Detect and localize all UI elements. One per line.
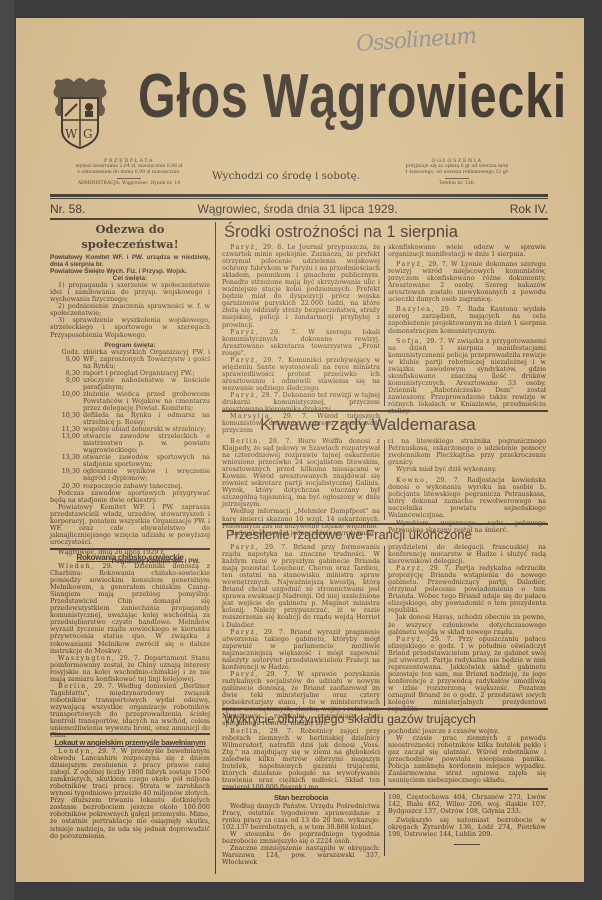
divider <box>222 523 548 525</box>
article-lead: Powiatowe Święto Wych. Fiz. i Przysp. Wo… <box>50 268 210 275</box>
article-lead: Powiatowy Komitet WF. i PW. urządza w ni… <box>50 254 210 268</box>
svg-text:W: W <box>65 127 78 141</box>
divider <box>222 708 548 710</box>
article-paragraph: Paryż, 29. 7. Briand wyraził pragnienie … <box>222 629 380 671</box>
divider <box>50 548 210 550</box>
article-paragraph: Znaczne zmniejszenie nastąpiło w okręgac… <box>222 845 380 866</box>
article-paragraph: Paryż, 29. 7. Komuniści przebywający w w… <box>222 357 380 392</box>
article-paragraph: Paryż, 29. 7. Partja radykalna odrzuciła… <box>388 565 546 614</box>
article-headline: Krwawe rządy Waldemarasa <box>260 414 476 435</box>
administration-address: ADMINISTRACJA: Wągrowiec, Rynek nr. 14 <box>58 181 200 187</box>
article-headline: Odezwa do społeczeństwa! <box>50 222 210 252</box>
article-krwawe-right: ci na litewskiego strażnika pograniczneg… <box>388 438 546 534</box>
handwritten-note: Ossolineum <box>355 24 477 57</box>
phone-number: Telefon nr. 126. <box>388 181 526 187</box>
article-wykrycie-right: pochodzić jeszcze z czasów wojny. W czas… <box>388 728 546 784</box>
goal-item: 2) podniesienie znaczenia sprawności w. … <box>50 303 210 317</box>
article-paragraph: Powiatowy Komitet WF. i PW. zaprasza prz… <box>50 504 210 546</box>
article-krwawe-left: Berlin, 29. 7. Biuro Wolffa donosi z Kla… <box>222 438 380 537</box>
article-paragraph: Paryż, 29. 7. W szeregu lokali komunisty… <box>222 329 380 357</box>
column-divider <box>384 792 385 856</box>
article-paragraph: Jak donosi Havas, uchodzi obecnie za pew… <box>388 614 546 635</box>
column-divider <box>215 222 216 874</box>
article-paragraph: ci na litewskiego strażnika pograniczneg… <box>388 438 546 466</box>
article-paragraph: Berlin, 29. 7. Według doniesień „Berline… <box>50 683 210 739</box>
article-paragraph: Wiedeń, 29. 7. Dzienniki donoszą z Charb… <box>50 563 210 655</box>
article-paragraph: Waszyngton, 29. 7. Departament Stanu poi… <box>50 655 210 683</box>
article-paragraph: Sofja, 29. 7. W związku z przygotowanemi… <box>388 338 546 416</box>
goal-item: 1) propaganda i szerzenie w społeczeństw… <box>50 282 210 303</box>
publication-schedule: Wychodzi co środę i sobotę. <box>212 170 360 182</box>
article-paragraph: W czasie prac ziemnych z powodu nieostro… <box>388 735 546 784</box>
article-bezrobocie-right: 108, Częstochowa 404, Chrzanów 273, Lwów… <box>388 794 546 845</box>
article-przesilenie-right: przydzieleni do delegacji francuskiej na… <box>388 544 546 713</box>
end-mark <box>454 844 480 845</box>
column-divider <box>384 246 385 406</box>
article-paragraph: skonfiskowano wiele odezw w sprawie orga… <box>388 244 546 258</box>
article-paragraph: Bazylea, 29. 7. Rada Kantonu wydała szer… <box>388 306 546 334</box>
program-item: 10,00złożenie wieńca przed grobowcem Pow… <box>50 391 210 412</box>
program-item: Godz. 8,00zbiórka wszystkich Organizacyj… <box>50 349 210 370</box>
newspaper-title: Głos Wągrowiecki <box>138 66 567 128</box>
subscription-line: z odnoszeniem do domu 0,99 zł miesięczni… <box>58 170 200 176</box>
svg-text:G: G <box>83 127 93 141</box>
issue-year: Rok IV. <box>510 202 548 216</box>
advertising-info: OGŁOSZENIA przyjmuje się za opłatą 6 gr … <box>388 158 526 187</box>
article-paragraph: Paryż, 29. 8. Le Journal przypuszcza, że… <box>222 244 380 329</box>
subscription-info: PRZEDPŁATA wynosi kwartalnie 2,64 zł, mi… <box>58 158 200 187</box>
article-odezwa: Odezwa do społeczeństwa! Powiatowy Komit… <box>50 222 210 565</box>
column-divider <box>384 730 385 786</box>
article-srodki-left: Paryż, 29. 8. Le Journal przypuszcza, że… <box>222 244 380 434</box>
article-paragraph: Według danych Państw. Urzędu Pośrednictw… <box>222 803 380 831</box>
divider <box>50 198 548 199</box>
article-paragraph: Berlin, 29. 7. Robotnicy zajęci przy rob… <box>222 728 380 791</box>
article-headline: Wykrycie olbrzymiego składu gazów trując… <box>224 711 476 727</box>
article-paragraph: Paryż, 29. 7. Przy opuszczaniu pałacu el… <box>388 636 546 714</box>
article-paragraph: Paryż, 29. 7. W Lyonie dokonano szeregu … <box>388 261 546 303</box>
article-paragraph: Londyn, 29. 7. W przemyśle bawełnianym o… <box>50 748 210 840</box>
advertising-line: 1-łamowego, od wiersza reklamowego 12 gr… <box>388 170 526 176</box>
article-headline: Przesilenie rządowe we Francji ukończone <box>226 526 472 543</box>
article-paragraph: Berlin, 29. 7. Biuro Wolffa donosi z Kla… <box>222 438 380 508</box>
divider <box>50 194 548 197</box>
article-paragraph: Wyrok miał być dziś wykonany. <box>388 466 546 473</box>
program-item: 9,00uroczyste nabożeństwo w kościele par… <box>50 377 210 391</box>
article-paragraph: Podczas zawodów sportowych przygrywać bę… <box>50 490 210 504</box>
article-paragraph: Kowno, 29. 7. Radjostacja kowieńska dono… <box>388 477 546 519</box>
column-divider <box>384 546 385 706</box>
article-rokowania: Rokowania chińsko-sowieckie Wiedeń, 29. … <box>50 552 210 739</box>
article-paragraph: Zwiększyło się natomiast bezrobocie w ok… <box>388 817 546 838</box>
article-paragraph: 108, Częstochowa 404, Chrzanów 273, Lwów… <box>388 794 546 815</box>
newspaper-page: Ossolineum W G Głos Wągrowiecki PRZEDPŁA… <box>16 18 584 882</box>
scanner-edge <box>0 0 14 900</box>
program-item: 10,30defilada na Rynku i odmarsz na strz… <box>50 412 210 426</box>
issue-number: Nr. 58. <box>50 202 85 216</box>
divider <box>222 788 548 790</box>
program-item: 13,30otwarcie zawodów sportowych na stad… <box>50 454 210 468</box>
article-paragraph: W stosunku do poprzedniego tygodnia bezr… <box>222 831 380 845</box>
dateline: Nr. 58. Wągrowiec, środa dnia 31 lipca 1… <box>50 202 548 216</box>
program-item: 19,30ogłoszenie wyników i wręczenie nagr… <box>50 468 210 482</box>
divider <box>222 410 548 412</box>
article-wykrycie-left: Berlin, 29. 7. Robotnicy zajęci przy rob… <box>222 728 380 791</box>
article-srodki-right: skonfiskowano wiele odezw w sprawie orga… <box>388 244 546 415</box>
article-headline: Środki ostrożności na 1 sierpnia <box>224 222 458 242</box>
article-paragraph: Paryż, 29. 7. Briand przy formowaniu rzą… <box>222 544 380 629</box>
divider <box>50 218 548 220</box>
goal-item: 3) sprawdzenie wyszkolenia wojskowego, s… <box>50 317 210 338</box>
program-item: 13,00otwarcie zawodów strzeleckich o mis… <box>50 433 210 454</box>
article-bezrobocie-left: Stan bezrobocia Według danych Państw. Ur… <box>222 793 380 866</box>
article-przesilenie-left: Paryż, 29. 7. Briand przy formowaniu rzą… <box>222 544 380 727</box>
article-paragraph: przydzieleni do delegacji francuskiej na… <box>388 544 546 565</box>
divider <box>50 733 210 735</box>
article-lokaut: Lokaut w angielskim przemyśle bawełniany… <box>50 737 210 840</box>
coat-of-arms-icon: W G <box>50 76 110 150</box>
column-divider <box>384 440 385 520</box>
issue-date: Wągrowiec, środa dnia 31 lipca 1929. <box>197 202 397 216</box>
